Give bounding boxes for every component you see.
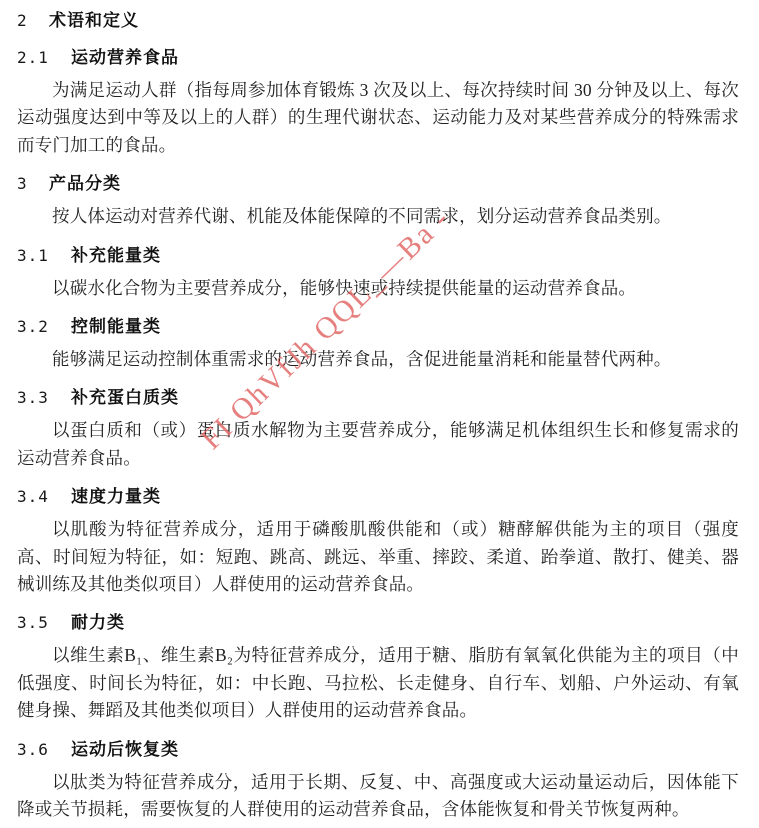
heading-number: 2 [17,9,49,33]
heading-title: 运动营养食品 [71,46,179,70]
heading-number: 3.4 [17,485,71,509]
heading-number: 3.6 [17,738,71,762]
heading-number: 2.1 [17,46,71,70]
heading-title: 术语和定义 [49,9,139,33]
heading-title: 耐力类 [71,611,125,635]
heading-number: 3.5 [17,611,71,635]
chapter-heading-2: 2术语和定义 [17,9,739,33]
section-heading-3.3: 3.3补充蛋白质类 [17,386,739,410]
heading-title: 产品分类 [49,172,121,196]
heading-title: 运动后恢复类 [71,738,179,762]
section-heading-3.6: 3.6运动后恢复类 [17,738,739,762]
body-paragraph: 以碳水化合物为主要营养成分，能够快速或持续提供能量的运动营养食品。 [17,275,739,302]
body-paragraph: 以肌酸为特征营养成分，适用于磷酸肌酸供能和（或）糖酵解供能为主的项目（强度高、时… [17,516,739,598]
heading-number: 3.2 [17,315,71,339]
heading-number: 3.1 [17,244,71,268]
section-heading-3.4: 3.4速度力量类 [17,485,739,509]
section-heading-2.1: 2.1运动营养食品 [17,46,739,70]
document-page: 2术语和定义2.1运动营养食品为满足运动人群（指每周参加体育锻炼 3 次及以上、… [0,0,759,828]
body-paragraph: 按人体运动对营养代谢、机能及体能保障的不同需求，划分运动营养食品类别。 [17,203,739,230]
heading-number: 3.3 [17,386,71,410]
chapter-heading-3: 3产品分类 [17,172,739,196]
body-paragraph: 为满足运动人群（指每周参加体育锻炼 3 次及以上、每次持续时间 30 分钟及以上… [17,77,739,159]
document-body: 2术语和定义2.1运动营养食品为满足运动人群（指每周参加体育锻炼 3 次及以上、… [0,0,759,824]
heading-title: 补充能量类 [71,244,161,268]
body-paragraph: 以蛋白质和（或）蛋白质水解物为主要营养成分，能够满足机体组织生长和修复需求的运动… [17,417,739,472]
body-paragraph: 以肽类为特征营养成分，适用于长期、反复、中、高强度或大运动量运动后，因体能下降或… [17,769,739,824]
section-heading-3.1: 3.1补充能量类 [17,244,739,268]
section-heading-3.2: 3.2控制能量类 [17,315,739,339]
heading-number: 3 [17,172,49,196]
body-paragraph: 以维生素B₁、维生素B₂为特征营养成分，适用于糖、脂肪有氧氧化供能为主的项目（中… [17,642,739,724]
heading-title: 补充蛋白质类 [71,386,179,410]
body-paragraph: 能够满足运动控制体重需求的运动营养食品，含促进能量消耗和能量替代两种。 [17,346,739,373]
heading-title: 速度力量类 [71,485,161,509]
section-heading-3.5: 3.5耐力类 [17,611,739,635]
heading-title: 控制能量类 [71,315,161,339]
